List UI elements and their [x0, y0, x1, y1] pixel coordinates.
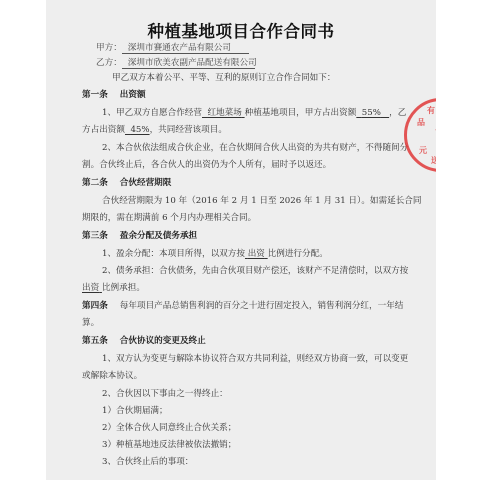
- article-4-line-1: 第四条每年项目产品总销售利润的百分之十进行固定投入，销售利润分红，一年结: [82, 301, 403, 311]
- party-a-label: 甲方：: [96, 43, 122, 53]
- party-a-line: 甲方：深圳市賽通农产品有限公司: [96, 43, 249, 54]
- contract-page: 种植基地项目合作合同书 甲方：深圳市賽通农产品有限公司 乙方：深圳市欣美农副产品…: [46, 0, 436, 480]
- article-1-number: 第一条: [82, 90, 108, 100]
- party-b-line: 乙方：深圳市欣美农副产品配送有限公司: [96, 58, 255, 69]
- star-icon: ★: [433, 119, 436, 149]
- document-title: 种植基地项目合作合同书: [46, 18, 436, 42]
- article-1-title: 出资额: [120, 90, 146, 100]
- article-2-line-2: 期限的，需在期满前 6 个月内办理相关合同。: [82, 213, 256, 223]
- article-5-para-2: 2、合伙因以下事由之一得终止：: [102, 389, 228, 399]
- article-3-heading: 第三条盈余分配及债务承担: [82, 231, 197, 241]
- article-3-para-2-line-1: 2、债务承担：合伙债务，先由合伙项目财产偿还，该财产不足清偿时，以双方按: [102, 266, 408, 276]
- article-5-para-1-line-1: 1、双方认为变更与解除本协议符合双方共同利益，则经双方协商一致，可以变更: [102, 354, 408, 364]
- article-1-heading: 第一条出资额: [82, 90, 146, 100]
- article-3-para-1: 1、盈余分配：本项目所得，以双方按 出资 比例进行分配。: [102, 249, 328, 259]
- article-5-para-1-line-2: 或解除本协议。: [82, 371, 142, 381]
- company-seal-stamp: ★ 品 有 限 公 元 送: [404, 98, 436, 172]
- party-b-share: 45%: [125, 125, 150, 135]
- article-5-para-2-item-2: 2）全体合伙人同意终止合伙关系；: [102, 423, 236, 433]
- party-b-label: 乙方：: [96, 58, 122, 68]
- article-1-para-1-line-1: 1、甲乙双方自愿合作经营 红地菜场 种植基地项目，甲方占出资额 55% ，乙: [102, 108, 406, 118]
- article-5-heading: 第五条合伙协议的变更及终止: [82, 336, 206, 346]
- article-5-para-2-item-1: 1）合伙期届满；: [102, 406, 168, 416]
- project-name: 红地菜场: [202, 108, 245, 118]
- article-1-para-1-line-2: 方占出资额 45%，共同经营该项目。: [82, 125, 227, 135]
- preamble: 甲乙双方本着公平、平等、互利的原则订立合作合同如下：: [112, 73, 335, 83]
- article-2-line-1: 合伙经营期限为 10 年（2016 年 2 月 1 日至 2026 年 1 月 …: [102, 196, 421, 206]
- article-1-para-2-line-2: 割。合伙终止后，各合伙人的出资仍为个人所有，届时予以返还。: [82, 160, 331, 170]
- party-a-share: 55%: [356, 108, 389, 118]
- party-b-value: 深圳市欣美农副产品配送有限公司: [122, 59, 255, 69]
- article-5-para-2-item-3: 3）种植基地违反法律被依法撤销；: [102, 440, 236, 450]
- article-5-para-3: 3、合伙终止后的事项：: [102, 457, 193, 467]
- article-4-line-2: 算。: [82, 318, 99, 328]
- article-3-para-2-line-2: 出资 比例承担。: [82, 283, 145, 293]
- article-1-para-2-line-1: 2、本合伙依法组成合伙企业，在合伙期间合伙人出资的为共有财产，不得随间分: [102, 143, 408, 153]
- article-2-heading: 第二条合伙经营期限: [82, 178, 171, 188]
- party-a-value: 深圳市賽通农产品有限公司: [122, 44, 249, 54]
